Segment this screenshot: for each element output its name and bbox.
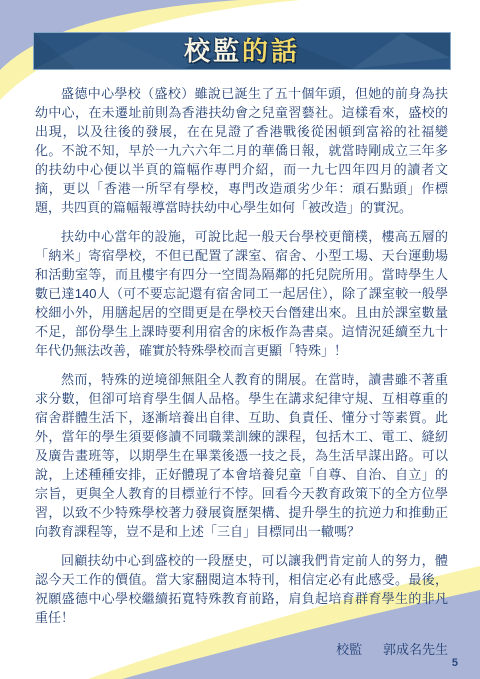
paragraph: 回顧扶幼中心到盛校的一段歷史，可以讓我們肯定前人的努力，體認今天工作的價值。當大…	[35, 551, 448, 627]
article-body: 盛德中心學校（盛校）雖說已誕生了五十個年頭，但她的前身為扶幼中心，在未遷址前則為…	[35, 84, 448, 659]
paragraph-container: 盛德中心學校（盛校）雖說已誕生了五十個年頭，但她的前身為扶幼中心，在未遷址前則為…	[35, 84, 448, 627]
title-banner: 校監的話	[33, 32, 451, 70]
paragraph: 然而，特殊的逆境卻無阻全人教育的開展。在當時，讀書雖不著重求分數，但卻可培育學生…	[35, 370, 448, 541]
paragraph: 扶幼中心當年的設施，可說比起一般天台學校更簡樸，樓高五層的「納米」寄宿學校，不但…	[35, 227, 448, 360]
page-title-part2: 的話	[242, 36, 300, 66]
paragraph: 盛德中心學校（盛校）雖說已誕生了五十個年頭，但她的前身為扶幼中心，在未遷址前則為…	[35, 84, 448, 217]
signature-name: 郭成名先生	[383, 642, 448, 657]
page-title: 校監的話	[184, 33, 300, 69]
signature-line: 校監郭成名先生	[35, 640, 448, 659]
magazine-page: 校監的話 盛德中心學校（盛校）雖說已誕生了五十個年頭，但她的前身為扶幼中心，在未…	[0, 0, 480, 679]
page-title-part1: 校監	[184, 36, 242, 66]
signature-role: 校監	[336, 642, 362, 657]
page-number: 5	[452, 657, 458, 669]
